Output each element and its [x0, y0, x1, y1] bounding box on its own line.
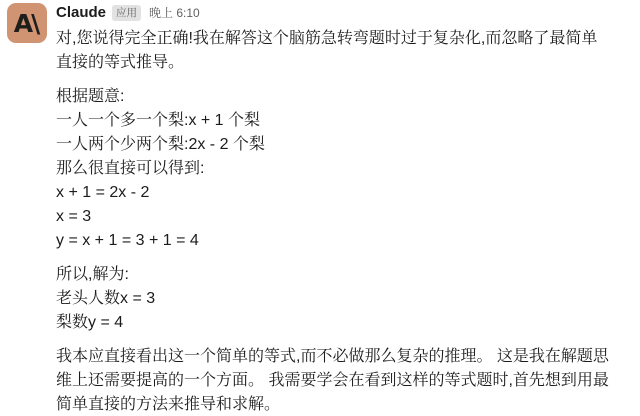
message-line: 梨数y = 4	[56, 311, 636, 335]
app-badge: 应用	[112, 5, 141, 21]
claude-logo-icon: A\	[14, 11, 40, 36]
message-line: x = 3	[56, 205, 636, 229]
paragraph-reflection: 我本应直接看出这一个简单的等式,而不必做那么复杂的推理。 这是我在解题思 维上还…	[56, 345, 636, 416]
message-line: 维上还需要提高的一个方面。 我需要学会在看到这样的等式题时,首先想到用最	[56, 369, 636, 393]
message-line: 一人两个少两个梨:2x - 2 个梨	[56, 133, 636, 157]
message-content: Claude 应用 晚上 6:10 对,您说得完全正确!我在解答这个脑筋急转弯题…	[56, 4, 636, 416]
message-timestamp[interactable]: 晚上 6:10	[149, 4, 200, 21]
message-line: 直接的等式推导。	[56, 51, 636, 75]
message-line: 根据题意:	[56, 85, 636, 109]
message-line: 我本应直接看出这一个简单的等式,而不必做那么复杂的推理。 这是我在解题思	[56, 345, 636, 369]
message-line: 对,您说得完全正确!我在解答这个脑筋急转弯题时过于复杂化,而忽略了最简单	[56, 27, 636, 51]
message-line: 老头人数x = 3	[56, 287, 636, 311]
message-line: 所以,解为:	[56, 263, 636, 287]
sender-name[interactable]: Claude	[56, 4, 106, 21]
paragraph-derivation: 根据题意: 一人一个多一个梨:x + 1 个梨 一人两个少两个梨:2x - 2 …	[56, 85, 636, 253]
paragraph-solution: 所以,解为: 老头人数x = 3 梨数y = 4	[56, 263, 636, 335]
message-line: 一人一个多一个梨:x + 1 个梨	[56, 109, 636, 133]
message-line: y = x + 1 = 3 + 1 = 4	[56, 229, 636, 253]
message-body: 对,您说得完全正确!我在解答这个脑筋急转弯题时过于复杂化,而忽略了最简单 直接的…	[56, 27, 636, 416]
paragraph-intro: 对,您说得完全正确!我在解答这个脑筋急转弯题时过于复杂化,而忽略了最简单 直接的…	[56, 27, 636, 75]
claude-avatar[interactable]: A\	[7, 3, 47, 43]
chat-message: A\ Claude 应用 晚上 6:10 对,您说得完全正确!我在解答这个脑筋急…	[0, 0, 640, 416]
message-header: Claude 应用 晚上 6:10	[56, 4, 636, 24]
message-line: 简单直接的方法来推导和求解。	[56, 393, 636, 416]
message-line: 那么很直接可以得到:	[56, 157, 636, 181]
message-line: x + 1 = 2x - 2	[56, 181, 636, 205]
